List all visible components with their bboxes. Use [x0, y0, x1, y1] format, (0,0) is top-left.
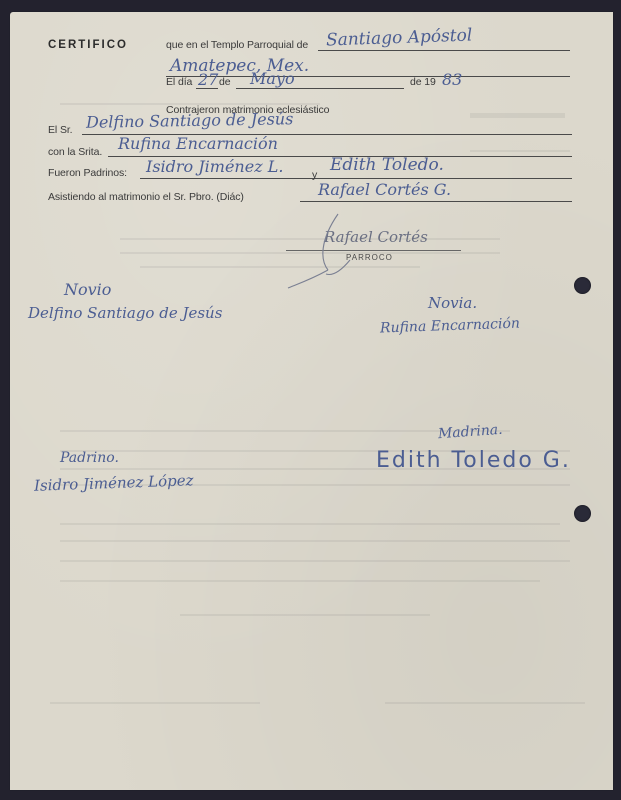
temple-line — [318, 50, 570, 51]
certifico-heading: CERTIFICO — [48, 39, 128, 51]
officiant-label: Asistiendo al matrimonio el Sr. Pbro. (D… — [48, 191, 244, 203]
groom-signature: Delfino Santiago de Jesús — [28, 304, 222, 322]
hole-punch-bottom — [574, 505, 591, 522]
officiant-line — [300, 201, 572, 202]
godparents-line — [140, 178, 572, 179]
godparents-value-2: Edith Toledo. — [330, 155, 444, 175]
day-value: 27 — [198, 70, 218, 89]
groom-role: Novio — [64, 280, 111, 299]
hole-punch-top — [574, 277, 591, 294]
year-value: 83 — [442, 70, 462, 89]
godparents-value-1: Isidro Jiménez L. — [146, 157, 283, 176]
godmother-signature: Edith Toledo G. — [376, 448, 571, 473]
month-value: Mayo — [250, 69, 295, 88]
godparents-label: Fueron Padrinos: — [48, 167, 127, 179]
bride-value: Rufina Encarnación — [118, 134, 278, 153]
groom-label: El Sr. — [48, 124, 73, 136]
godparents-conjunction: y — [312, 169, 317, 181]
godfather-role: Padrino. — [60, 450, 119, 466]
month-line — [236, 88, 404, 89]
officiant-value: Rafael Cortés G. — [318, 180, 451, 199]
date-de-1: de — [219, 76, 230, 88]
bride-label: con la Srita. — [48, 146, 102, 158]
groom-value: Delfino Santiago de Jesús — [86, 109, 294, 132]
date-prefix: El día — [166, 76, 192, 88]
priest-signature-flourish — [280, 210, 410, 290]
bride-role: Novia. — [428, 294, 477, 312]
temple-label: que en el Templo Parroquial de — [166, 39, 308, 51]
year-prefix: de 19 — [410, 76, 436, 88]
